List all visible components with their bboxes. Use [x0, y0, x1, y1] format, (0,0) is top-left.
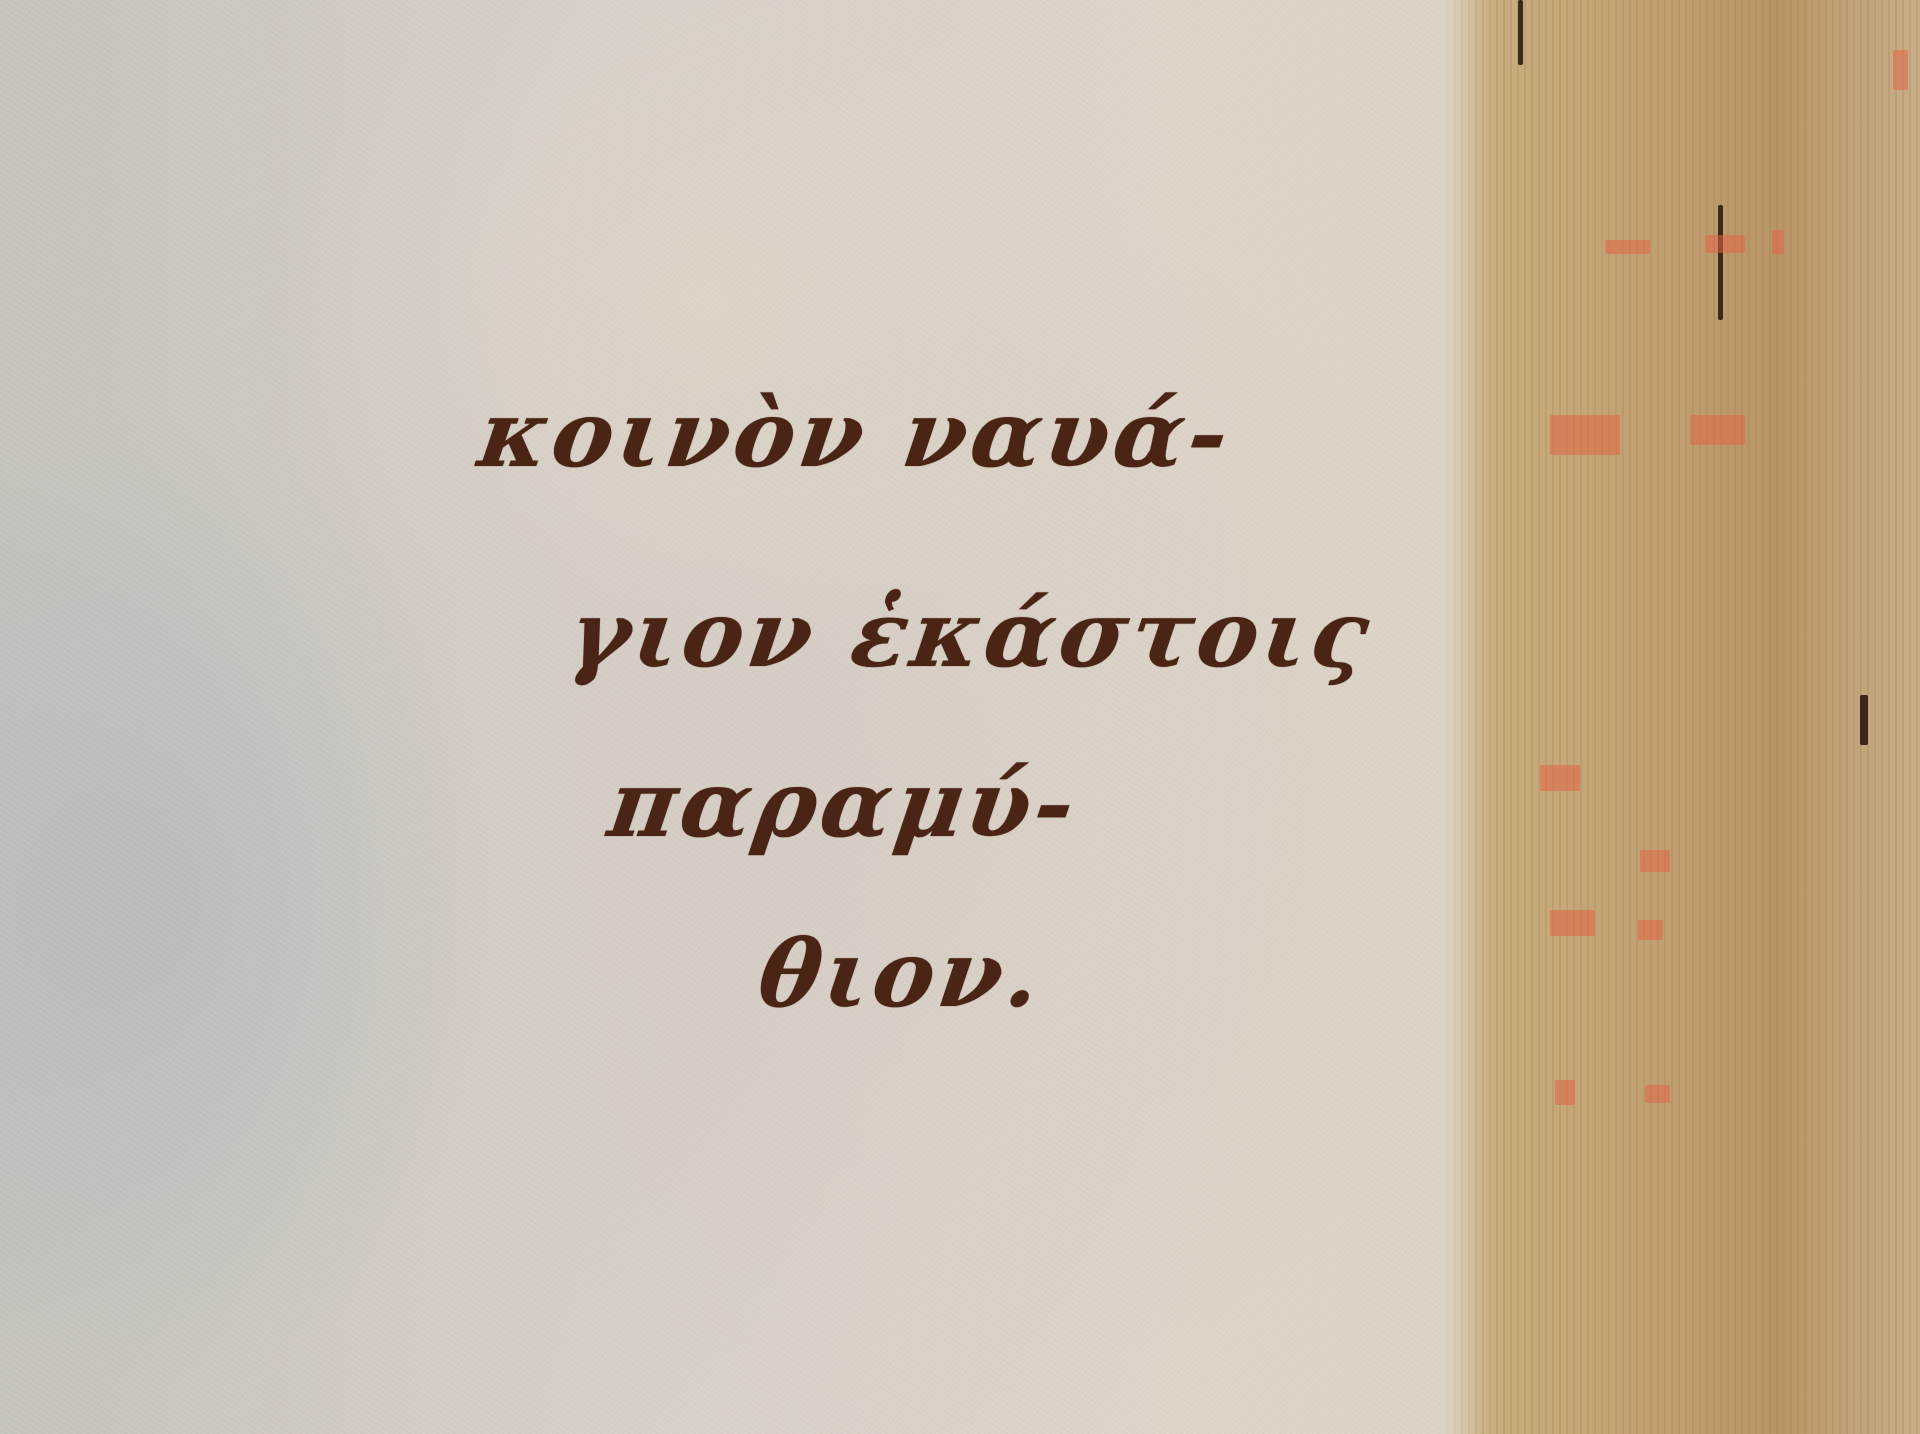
- red-rubric-mark: [1893, 50, 1908, 90]
- red-rubric-mark: [1605, 240, 1650, 254]
- inscription-line-3: παραμύ-: [602, 750, 1085, 858]
- red-rubric-mark: [1540, 765, 1580, 791]
- red-rubric-mark: [1638, 920, 1663, 940]
- ink-rule-mark: [1860, 695, 1868, 745]
- red-rubric-mark: [1690, 415, 1745, 445]
- inscription-line-1: κοινὸν ναυά-: [472, 380, 1239, 488]
- photograph-scene: κοινὸν ναυά- γιον ἑκάστοις παραμύ- θιον.: [0, 0, 1920, 1434]
- inscription-line-2: γιον ἑκάστοις: [562, 580, 1379, 688]
- red-rubric-mark: [1550, 415, 1620, 455]
- red-rubric-mark: [1645, 1085, 1670, 1103]
- red-rubric-mark: [1640, 850, 1670, 872]
- red-rubric-mark: [1772, 230, 1784, 254]
- book-page-edges: [1440, 0, 1920, 1434]
- red-rubric-mark: [1555, 1080, 1575, 1105]
- red-rubric-mark: [1705, 235, 1745, 253]
- red-rubric-mark: [1550, 910, 1595, 936]
- ink-rule-mark: [1518, 0, 1523, 65]
- inscription-line-4: θιον.: [752, 920, 1050, 1028]
- ink-rule-mark: [1718, 205, 1723, 320]
